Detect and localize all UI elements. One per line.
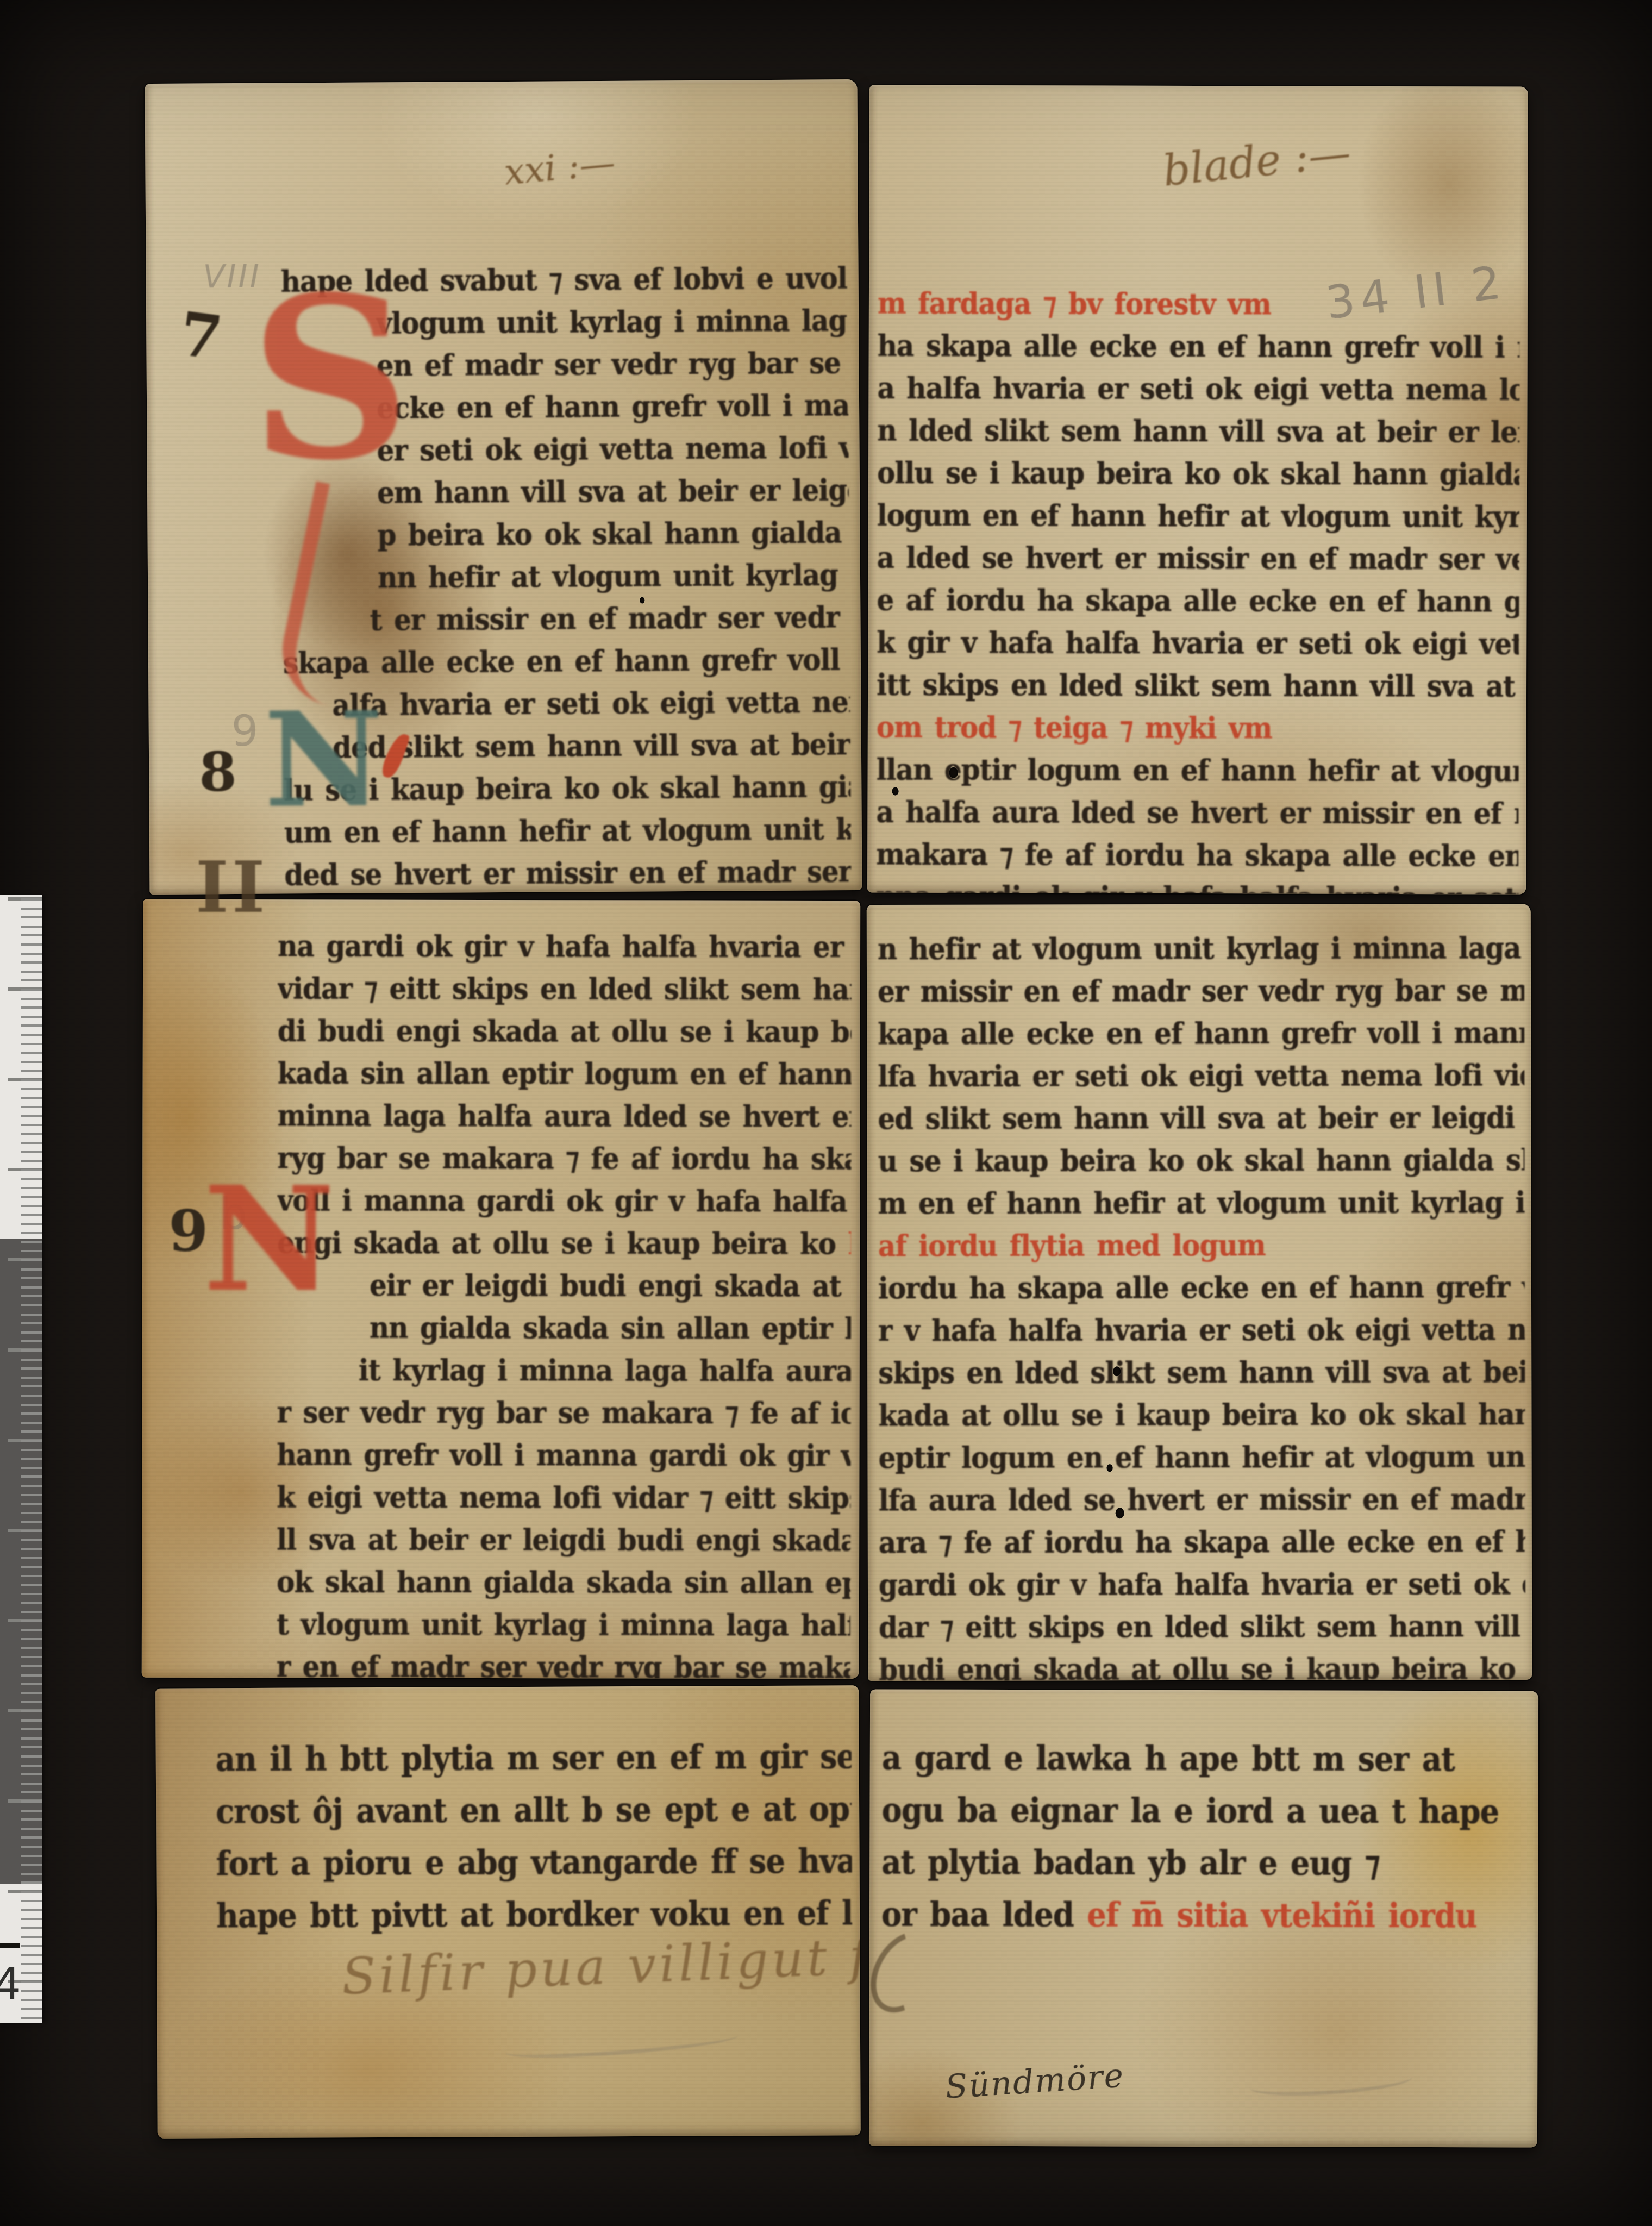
manuscript-text-line: llan eptir logum en ef hann hefir at vlo… bbox=[877, 752, 1519, 800]
manuscript-text-line: ok skal hann gialda skada sin allan epti… bbox=[277, 1564, 850, 1611]
teal-initial-n: N bbox=[264, 707, 384, 812]
ruler-label: 4 bbox=[0, 1959, 21, 2010]
manuscript-text-line: p beira ko ok skal hann gialda skada sin… bbox=[377, 514, 849, 564]
text-column: n hefir at vlogum unit kyrlag i minna la… bbox=[878, 932, 1525, 1681]
manuscript-text-line: logum en ef hann hefir at vlogum unit ky… bbox=[877, 497, 1519, 546]
manuscript-text-line: ogu ba eignar la e iord a uea t hape bbox=[881, 1791, 1529, 1850]
text-column: na gardi ok gir v hafa halfa hvaria er s… bbox=[277, 930, 852, 1679]
manuscript-text-line: af iordu flytia med logum bbox=[878, 1227, 1525, 1274]
parchment-piece-bottom-right: a gard e lawka h ape btt m ser atogu ba … bbox=[869, 1689, 1538, 2147]
manuscript-text-line: t er missir en ef madr ser vedr ryg bar … bbox=[370, 599, 850, 648]
manuscript-text-line: lfa aura lded se hvert er missir en ef m… bbox=[879, 1481, 1525, 1529]
manuscript-text-line: ll sva at beir er leigdi budi engi skada… bbox=[277, 1521, 850, 1569]
place-name-inscription: Sündmöre bbox=[944, 2056, 1125, 2106]
text-column: an il h btt plytia m ser en ef m gir ser… bbox=[216, 1740, 853, 1951]
manuscript-text-line: ollu se i kaup beira ko ok skal hann gia… bbox=[877, 455, 1519, 503]
manuscript-text-line: er missir en ef madr ser vedr ryg bar se… bbox=[878, 972, 1524, 1020]
ruler-minor-ticks bbox=[21, 898, 42, 2023]
manuscript-text-line: voll i manna gardi ok gir v hafa halfa h… bbox=[277, 1182, 851, 1230]
chapter-number-7: 7 bbox=[176, 298, 226, 373]
manuscript-text-line: hann grefr voll i manna gardi ok gir v h… bbox=[277, 1436, 850, 1484]
manuscript-text-line: k eigi vetta nema lofi vidar ⁊ eitt skip… bbox=[277, 1479, 850, 1527]
parchment-piece-middle-left: 9 b N na gardi ok gir v hafa halfa hvari… bbox=[142, 899, 860, 1679]
manuscript-text-line: a halfa hvaria er seti ok eigi vetta nem… bbox=[877, 370, 1519, 418]
manuscript-text-line: or baa lded ef m̅ sitia vtekiñi iordu bbox=[881, 1895, 1529, 1954]
worm-hole bbox=[949, 767, 958, 778]
manuscript-text-line: n lded slikt sem hann vill sva at beir e… bbox=[877, 412, 1519, 461]
title-inscription: blade :— bbox=[1161, 128, 1353, 196]
manuscript-text-line: kada at ollu se i kaup beira ko ok skal … bbox=[878, 1396, 1525, 1444]
manuscript-text-line: skips en lded slikt sem hann vill sva at… bbox=[878, 1354, 1525, 1402]
manuscript-text-line: minna laga halfa aura lded se hvert er m… bbox=[277, 1097, 851, 1145]
measurement-ruler: 4 bbox=[0, 895, 42, 2023]
red-initial-s: S bbox=[249, 289, 411, 468]
manuscript-text-line: an il h btt plytia m ser en ef m gir ser… bbox=[216, 1737, 852, 1797]
manuscript-text-line: e af iordu ha skapa alle ecke en ef hann… bbox=[877, 582, 1519, 630]
worm-hole bbox=[892, 787, 899, 796]
faint-pencil-inscription bbox=[1249, 2066, 1413, 2100]
quire-mark: xxi :— bbox=[502, 141, 617, 193]
manuscript-text-line: t vlogum unit kyrlag i minna laga halfa … bbox=[277, 1606, 850, 1654]
manuscript-text-line: er seti ok eigi vetta nema lofi vidar ⁊ … bbox=[377, 429, 849, 479]
manuscript-text-line: nn gialda skada sin allan eptir logum en… bbox=[370, 1310, 851, 1357]
parchment-piece-top-right: blade :— 34 II 2 m fardaga ⁊ bv forestv … bbox=[867, 85, 1528, 894]
manuscript-text-line: nn hefir at vlogum unit kyrlag i minna l… bbox=[378, 556, 850, 606]
manuscript-text-line: kapa alle ecke en ef hann grefr voll i m… bbox=[878, 1015, 1524, 1062]
manuscript-text-line: at plytia badan yb alr e eug ⁊ bbox=[881, 1843, 1529, 1902]
text-column: a gard e lawka h ape btt m ser atogu ba … bbox=[881, 1741, 1530, 1951]
worm-hole bbox=[640, 597, 644, 603]
manuscript-text-line: u se i kaup beira ko ok skal hann gialda… bbox=[878, 1142, 1525, 1190]
manuscript-text-line: r en ef madr ser vedr ryg bar se makara … bbox=[277, 1648, 850, 1679]
parchment-piece-bottom-left: an il h btt plytia m ser en ef m gir ser… bbox=[155, 1685, 861, 2139]
manuscript-text-line: ecke en ef hann grefr voll i manna gardi… bbox=[377, 387, 849, 436]
ruler-index-bar bbox=[0, 1943, 20, 1948]
red-initial-n: N bbox=[203, 1182, 335, 1297]
manuscript-text-line: itt skips en lded slikt sem hann vill sv… bbox=[877, 667, 1519, 715]
manuscript-text-line: dar ⁊ eitt skips en lded slikt sem hann … bbox=[879, 1608, 1525, 1656]
pencil-number-9: 9 bbox=[231, 707, 258, 756]
manuscript-photo: 4 xxi :— VIII 7 S 8 9 N hape lded svabut… bbox=[0, 0, 1652, 2226]
manuscript-text-line: engi skada at ollu se i kaup beira ko hv… bbox=[277, 1224, 851, 1272]
manuscript-text-line: ryg bar se makara ⁊ fe af iordu ha skapa… bbox=[277, 1140, 851, 1187]
manuscript-text-line: ha skapa alle ecke en ef hann grefr voll… bbox=[878, 328, 1520, 376]
parchment-piece-top-left: xxi :— VIII 7 S 8 9 N hape lded svabut ⁊… bbox=[145, 79, 862, 895]
manuscript-text-line: ded se hvert er missir en ef madr ser ve… bbox=[284, 853, 852, 895]
manuscript-text-line: lfa hvaria er seti ok eigi vetta nema lo… bbox=[878, 1057, 1524, 1105]
margin-seam-mark: II bbox=[196, 846, 268, 929]
faint-pencil-inscription bbox=[504, 2025, 739, 2063]
chapter-number-9: 9 bbox=[168, 1197, 208, 1265]
manuscript-text-line: gardi ok gir v hafa halfa hvaria er seti… bbox=[879, 1566, 1525, 1614]
manuscript-text-line: r ser vedr ryg bar se makara ⁊ fe af ior… bbox=[277, 1394, 851, 1442]
manuscript-text-line: k gir v hafa halfa hvaria er seti ok eig… bbox=[877, 624, 1519, 673]
worm-hole bbox=[1116, 1508, 1124, 1518]
manuscript-text-line: iordu ha skapa alle ecke en ef hann gref… bbox=[878, 1269, 1525, 1317]
manuscript-text-line: a halfa aura lded se hvert er missir en … bbox=[876, 794, 1518, 842]
manuscript-text-line: kada sin allan eptir logum en ef hann he… bbox=[278, 1055, 852, 1103]
manuscript-text-line: eptir logum en ef hann hefir at vlogum u… bbox=[878, 1439, 1525, 1486]
manuscript-text-line: makara ⁊ fe af iordu ha skapa alle ecke … bbox=[876, 836, 1518, 885]
manuscript-text-line: a lded se hvert er missir en ef madr ser… bbox=[877, 540, 1519, 588]
manuscript-text-line: fort a pioru e abg vtangarde ff se hvark… bbox=[216, 1841, 852, 1902]
manuscript-text-line: nna gardi ok gir v hafa halfa hvaria er … bbox=[876, 879, 1518, 895]
worm-hole bbox=[1107, 1464, 1113, 1472]
manuscript-text-line: budi engi skada at ollu se i kaup beira … bbox=[879, 1650, 1525, 1681]
manuscript-text-line: ara ⁊ fe af iordu ha skapa alle ecke en … bbox=[879, 1523, 1525, 1571]
manuscript-text-line: a gard e lawka h ape btt m ser at bbox=[882, 1739, 1530, 1798]
manuscript-text-line: vlogum unit kyrlag i minna laga halfa au… bbox=[376, 302, 848, 352]
manuscript-text-line: en ef madr ser vedr ryg bar se makara ⁊ … bbox=[376, 345, 848, 394]
manuscript-text-line: n hefir at vlogum unit kyrlag i minna la… bbox=[878, 930, 1524, 978]
manuscript-text-line: na gardi ok gir v hafa halfa hvaria er s… bbox=[278, 928, 852, 976]
manuscript-text-line: crost ôj avant en allt b se ept e at opt… bbox=[216, 1789, 852, 1849]
manuscript-text-line: ed slikt sem hann vill sva at beir er le… bbox=[878, 1099, 1524, 1147]
manuscript-text-line: r v hafa halfa hvaria er seti ok eigi ve… bbox=[878, 1311, 1525, 1359]
manuscript-text-line: eir er leigdi budi engi skada at ollu se… bbox=[370, 1267, 851, 1315]
manuscript-text-line: em hann vill sva at beir er leigdi budi … bbox=[377, 472, 849, 521]
text-column: m fardaga ⁊ bv forestv vmha skapa alle e… bbox=[876, 287, 1520, 894]
manuscript-text-line: om trod ⁊ teiga ⁊ myki vm bbox=[877, 709, 1519, 758]
worm-hole bbox=[1113, 1366, 1121, 1376]
manuscript-text-line: m en ef hann hefir at vlogum unit kyrlag… bbox=[878, 1184, 1525, 1232]
manuscript-text-line: di budi engi skada at ollu se i kaup bei… bbox=[278, 1012, 852, 1060]
manuscript-text-line: it kyrlag i minna laga halfa aura lded s… bbox=[359, 1352, 851, 1399]
manuscript-text-line: vidar ⁊ eitt skips en lded slikt sem han… bbox=[278, 970, 852, 1018]
parchment-piece-middle-right: n hefir at vlogum unit kyrlag i minna la… bbox=[867, 904, 1532, 1681]
